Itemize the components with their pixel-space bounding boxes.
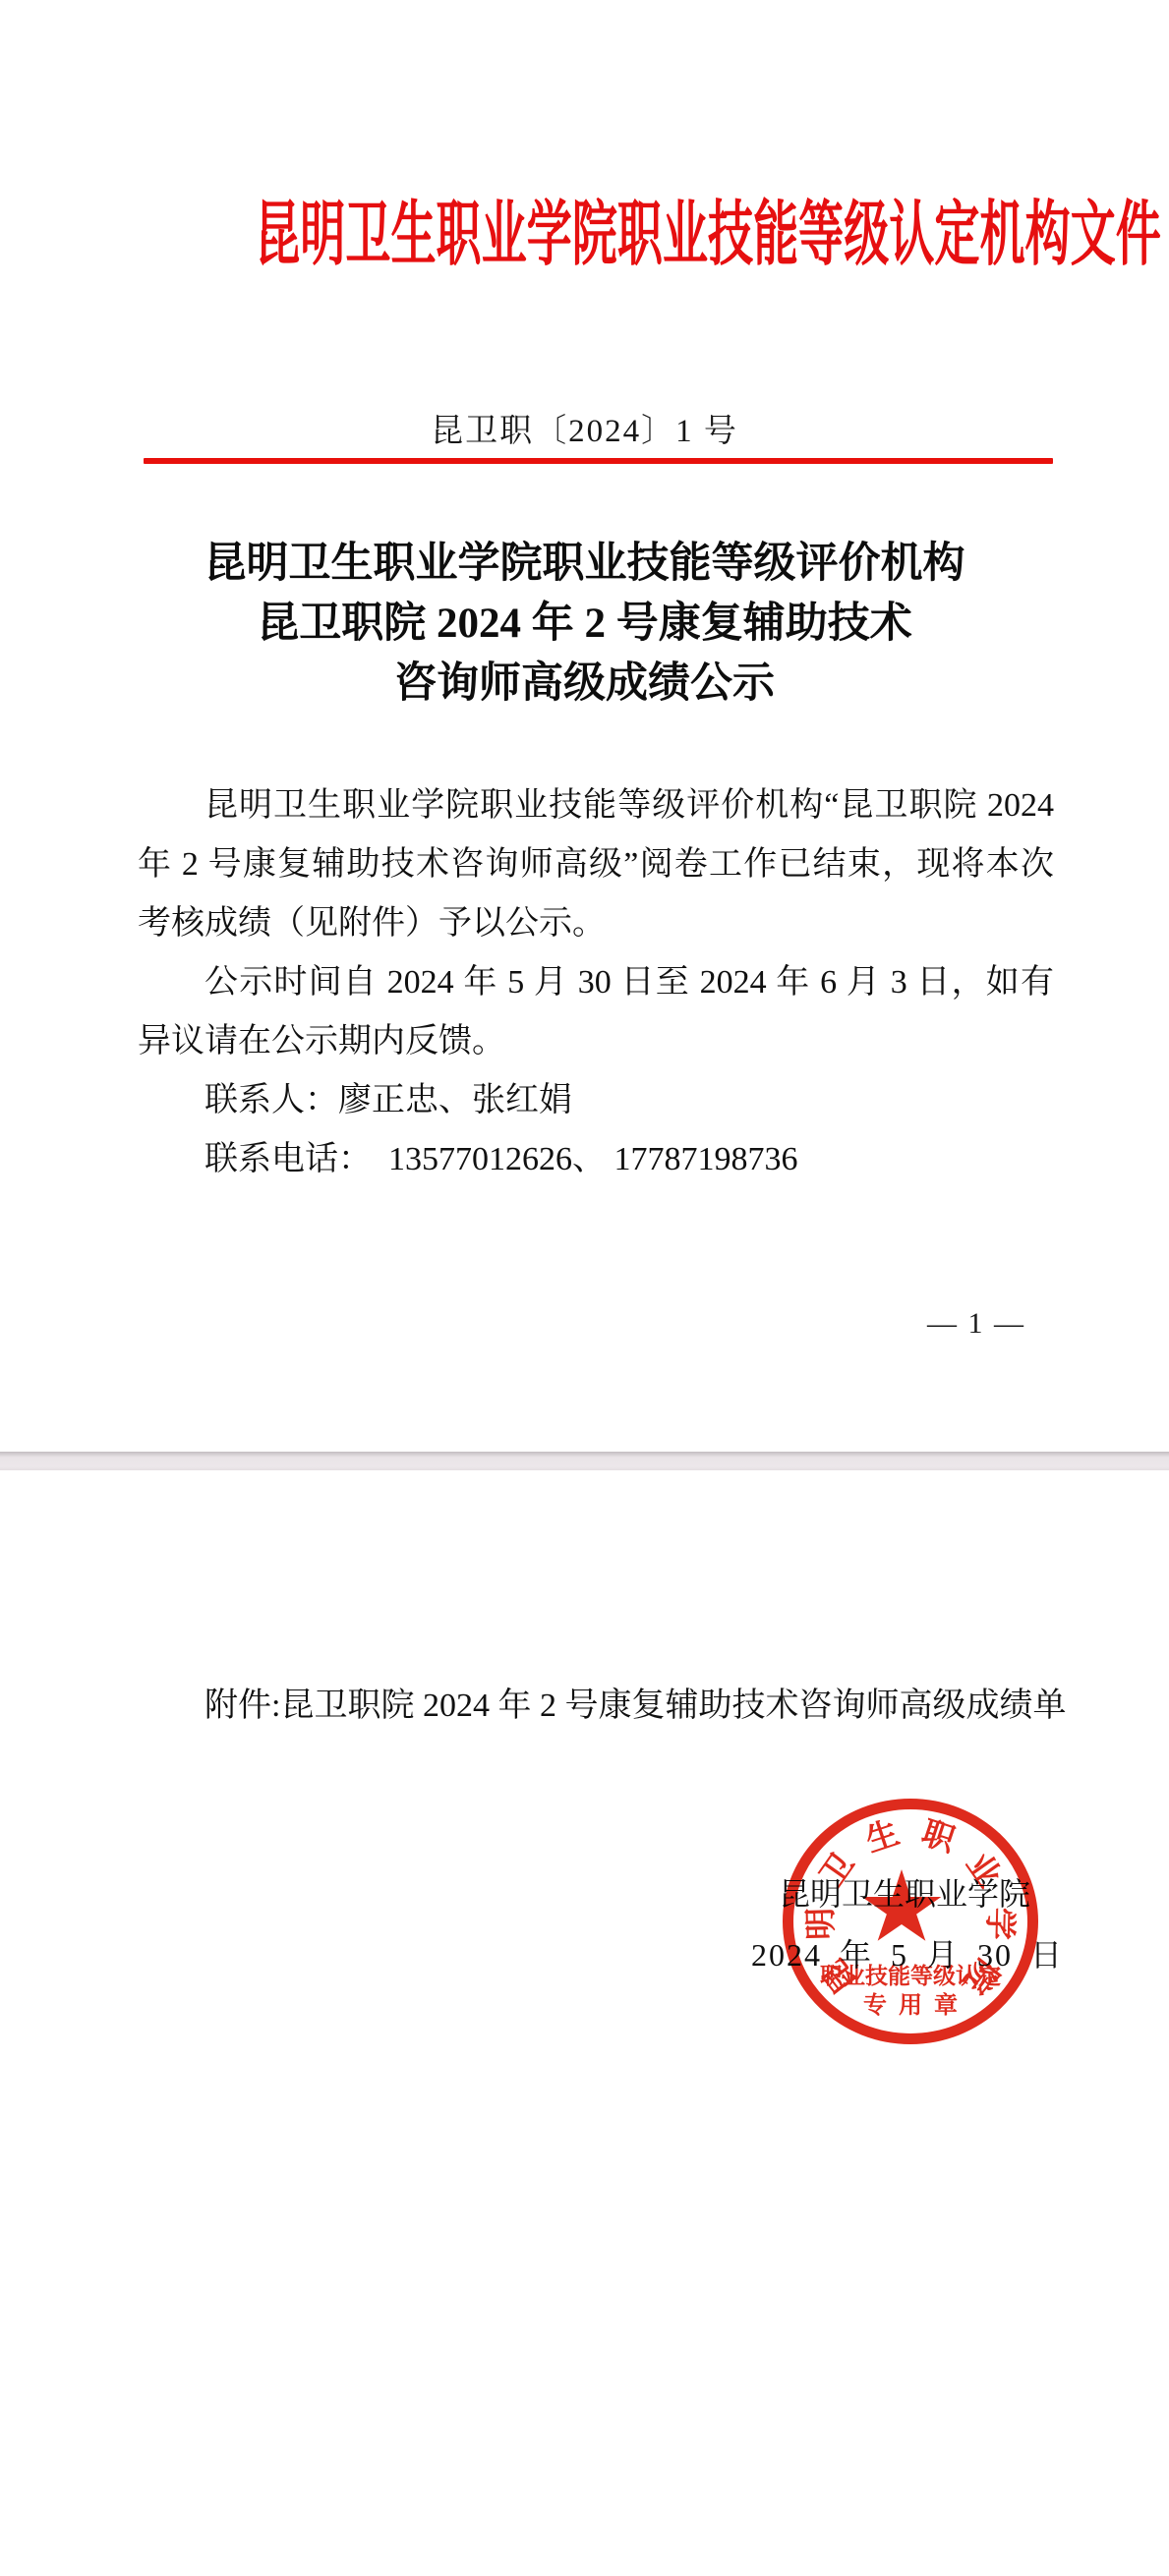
document-viewer: 昆明卫生职业学院职业技能等级认定机构文件 昆卫职〔2024〕1 号 昆明卫生职业… <box>0 0 1169 2576</box>
contact-phone-line: 联系电话： 13577012626、 17787198736 <box>138 1130 1054 1189</box>
document-body: 昆明卫生职业学院职业技能等级评价机构“昆卫职院 2024 年 2 号康复辅助技术… <box>138 776 1054 1189</box>
red-divider-rule <box>144 458 1053 464</box>
seal-banner-line-2: 专用章 <box>783 1985 1038 2020</box>
page-separator <box>0 1452 1169 1470</box>
document-title-line-2: 昆卫职院 2024 年 2 号康复辅助技术 <box>0 594 1169 654</box>
document-title-line-3: 咨询师高级成绩公示 <box>0 654 1169 714</box>
document-number: 昆卫职〔2024〕1 号 <box>0 405 1169 451</box>
document-title: 昆明卫生职业学院职业技能等级评价机构 昆卫职院 2024 年 2 号康复辅助技术… <box>0 534 1169 714</box>
red-letterhead-text: 昆明卫生职业学院职业技能等级认定机构文件 <box>255 177 1161 279</box>
page-1: 昆明卫生职业学院职业技能等级认定机构文件 昆卫职〔2024〕1 号 昆明卫生职业… <box>0 0 1169 1452</box>
attachment-line: 附件:昆卫职院 2024 年 2 号康复辅助技术咨询师高级成绩单 <box>138 1683 1101 1730</box>
body-paragraph-2: 公示时间自 2024 年 5 月 30 日至 2024 年 6 月 3 日，如有… <box>138 953 1054 1071</box>
red-letterhead-title: 昆明卫生职业学院职业技能等级认定机构文件 <box>0 177 1169 279</box>
page-number: — 1 — <box>0 1307 1169 1341</box>
document-title-line-1: 昆明卫生职业学院职业技能等级评价机构 <box>0 534 1169 594</box>
seal-ring-char: 学 <box>981 1906 1018 1942</box>
official-seal: 昆明卫生职业学院 职业技能等级认定 专用章 <box>783 1799 1038 2044</box>
contact-person-line: 联系人：廖正忠、张红娟 <box>138 1071 1054 1130</box>
body-paragraph-1: 昆明卫生职业学院职业技能等级评价机构“昆卫职院 2024 年 2 号康复辅助技术… <box>138 776 1054 953</box>
seal-ring-char: 明 <box>804 1906 841 1942</box>
